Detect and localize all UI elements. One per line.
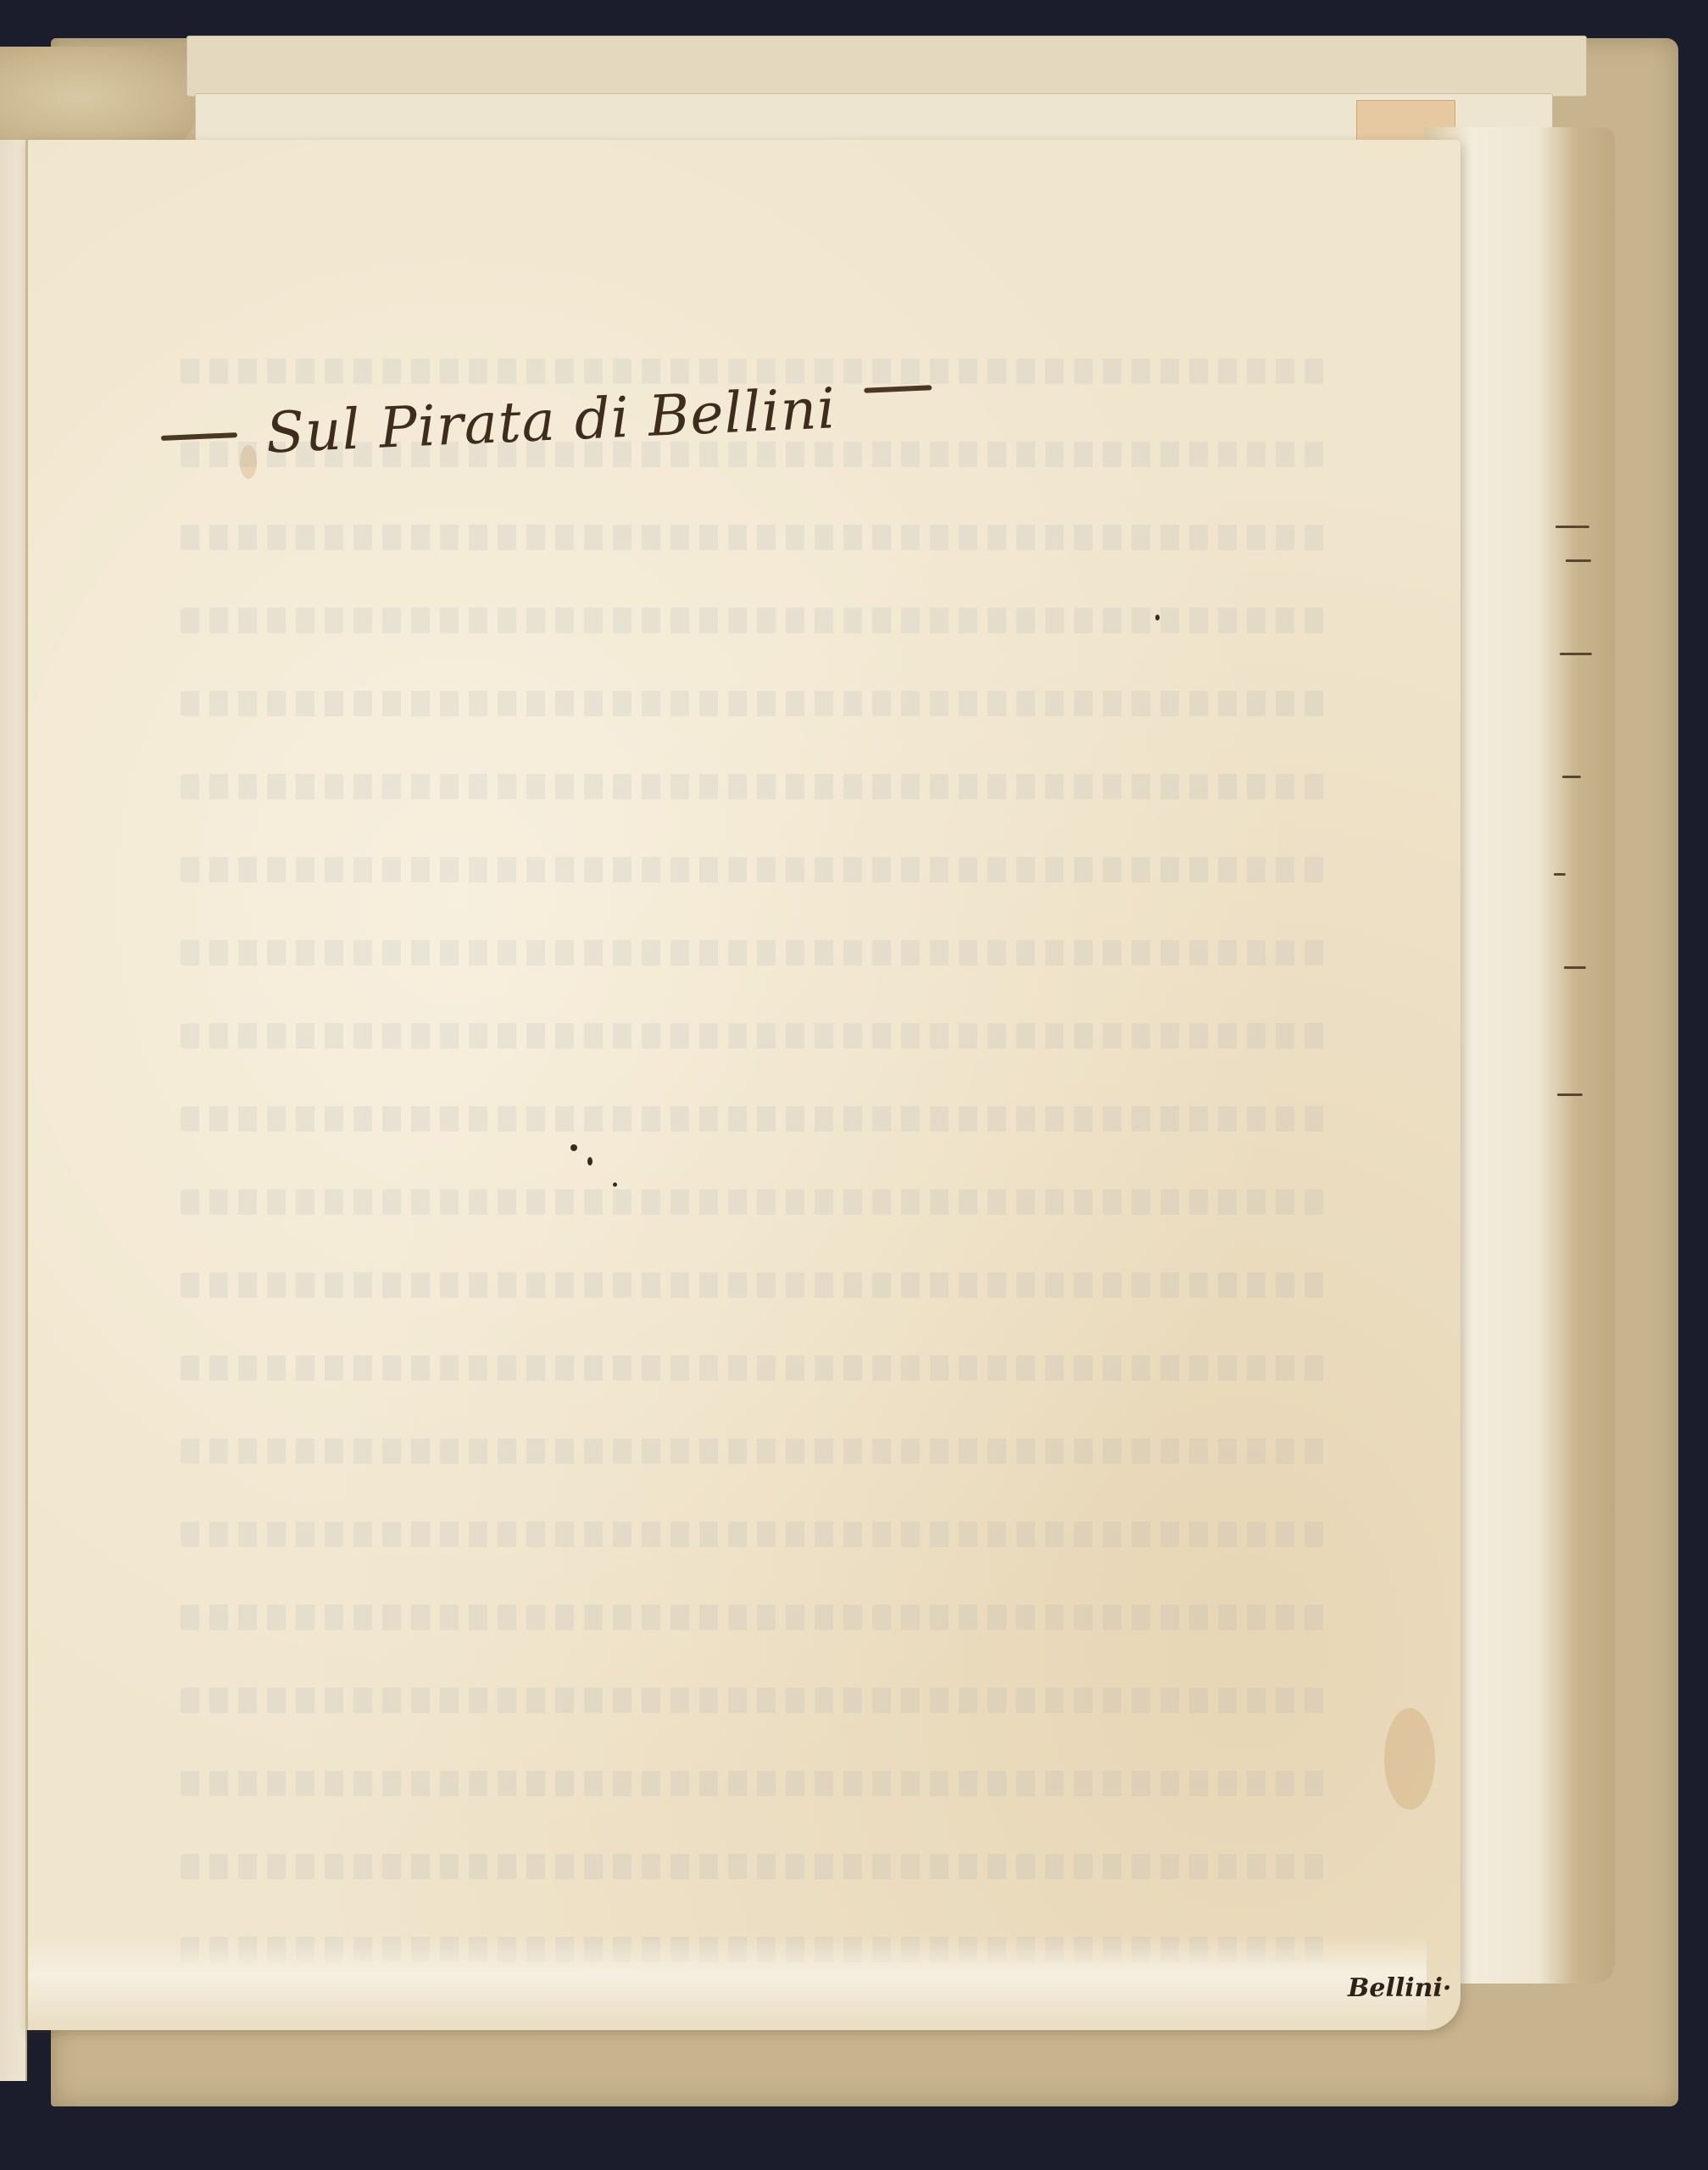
foxing-stain xyxy=(1384,1708,1435,1810)
title-dash-right xyxy=(864,385,932,392)
binding-thread xyxy=(0,47,195,148)
title-dash-left xyxy=(161,432,237,441)
ink-speck xyxy=(570,1144,577,1151)
bleed-through-text xyxy=(181,335,1333,1996)
stack-edge-ink-marks xyxy=(1547,509,1598,1187)
underlying-sheet-top xyxy=(186,36,1587,97)
worn-bottom-edge xyxy=(28,1937,1427,2030)
ink-speck xyxy=(613,1182,617,1187)
ink-speck xyxy=(1155,615,1160,620)
bottom-annotation: Bellini· xyxy=(1348,1973,1451,2003)
left-facing-leaf xyxy=(0,140,27,2081)
underlying-sheet-second xyxy=(195,93,1553,142)
ink-speck xyxy=(587,1157,593,1166)
